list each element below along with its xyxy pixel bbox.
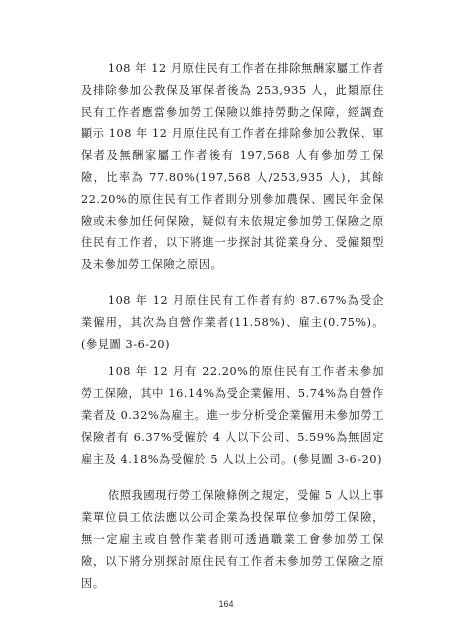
page-number: 164: [0, 599, 452, 609]
document-body: 108 年 12 月原住民有工作者在排除無酬家屬工作者及排除參加公教保及軍保者後…: [81, 58, 384, 608]
paragraph-legal-requirement: 依照我國現行勞工保險條例之規定，受僱 5 人以上事業單位員工依法應以公司企業為投…: [81, 485, 384, 594]
paragraph-uninsured-breakdown: 108 年 12 月有 22.20%的原住民有工作者未參加勞工保險，其中 16.…: [81, 361, 384, 470]
paragraph-employment-type: 108 年 12 月原住民有工作者有約 87.67%為受企業僱用，其次為自營作業…: [81, 290, 384, 355]
paragraph-insurance-overview: 108 年 12 月原住民有工作者在排除無酬家屬工作者及排除參加公教保及軍保者後…: [81, 58, 384, 276]
